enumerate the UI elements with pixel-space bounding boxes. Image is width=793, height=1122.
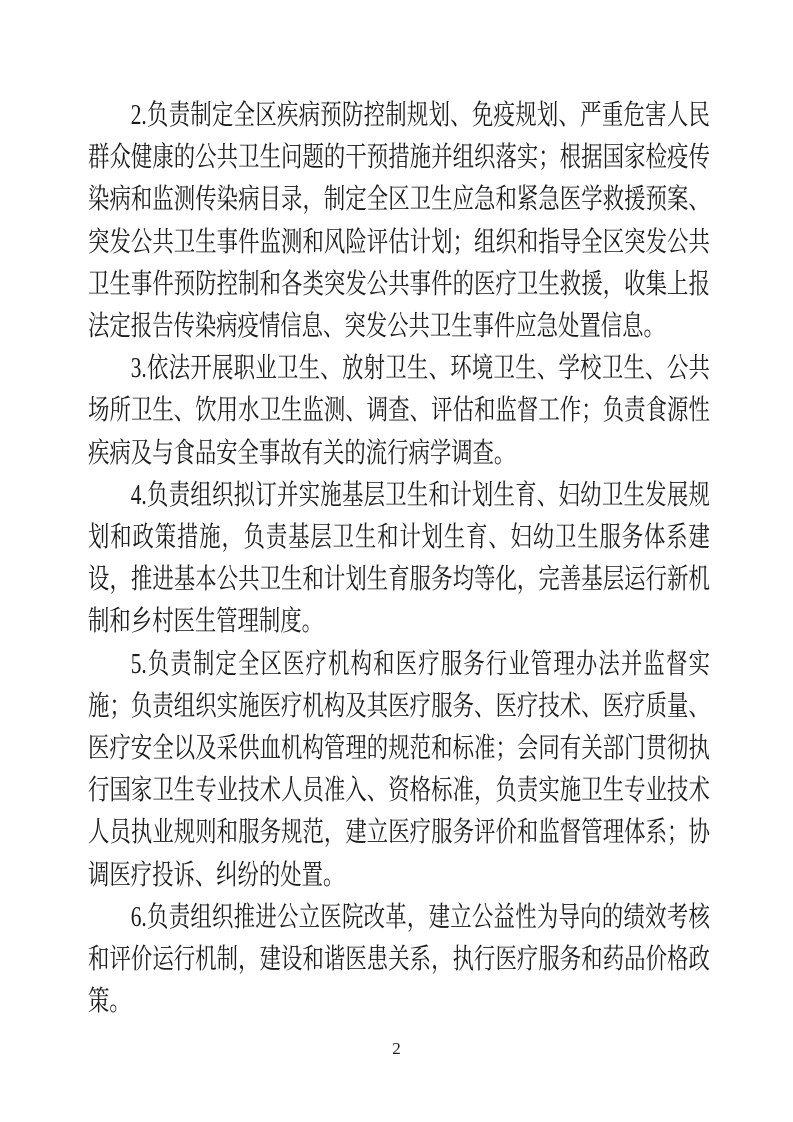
page-number: 2 <box>392 1039 401 1058</box>
page-footer: 2 <box>0 1040 793 1059</box>
paragraph-item-3: 3.依法开展职业卫生、放射卫生、环境卫生、学校卫生、公共场所卫生、饮用水卫生监测… <box>88 348 710 475</box>
document-body: 2.负责制定全区疾病预防控制规划、免疫规划、严重危害人民群众健康的公共卫生问题的… <box>88 95 710 1023</box>
paragraph-item-5: 5.负责制定全区医疗机构和医疗服务行业管理办法并监督实施；负责组织实施医疗机构及… <box>88 644 710 897</box>
paragraph-item-6: 6.负责组织推进公立医院改革，建立公益性为导向的绩效考核和评价运行机制，建设和谐… <box>88 897 710 1024</box>
paragraph-item-4: 4.负责组织拟订并实施基层卫生和计划生育、妇幼卫生发展规划和政策措施，负责基层卫… <box>88 475 710 644</box>
paragraph-item-2: 2.负责制定全区疾病预防控制规划、免疫规划、严重危害人民群众健康的公共卫生问题的… <box>88 95 710 348</box>
document-page: 2.负责制定全区疾病预防控制规划、免疫规划、严重危害人民群众健康的公共卫生问题的… <box>0 0 793 1122</box>
